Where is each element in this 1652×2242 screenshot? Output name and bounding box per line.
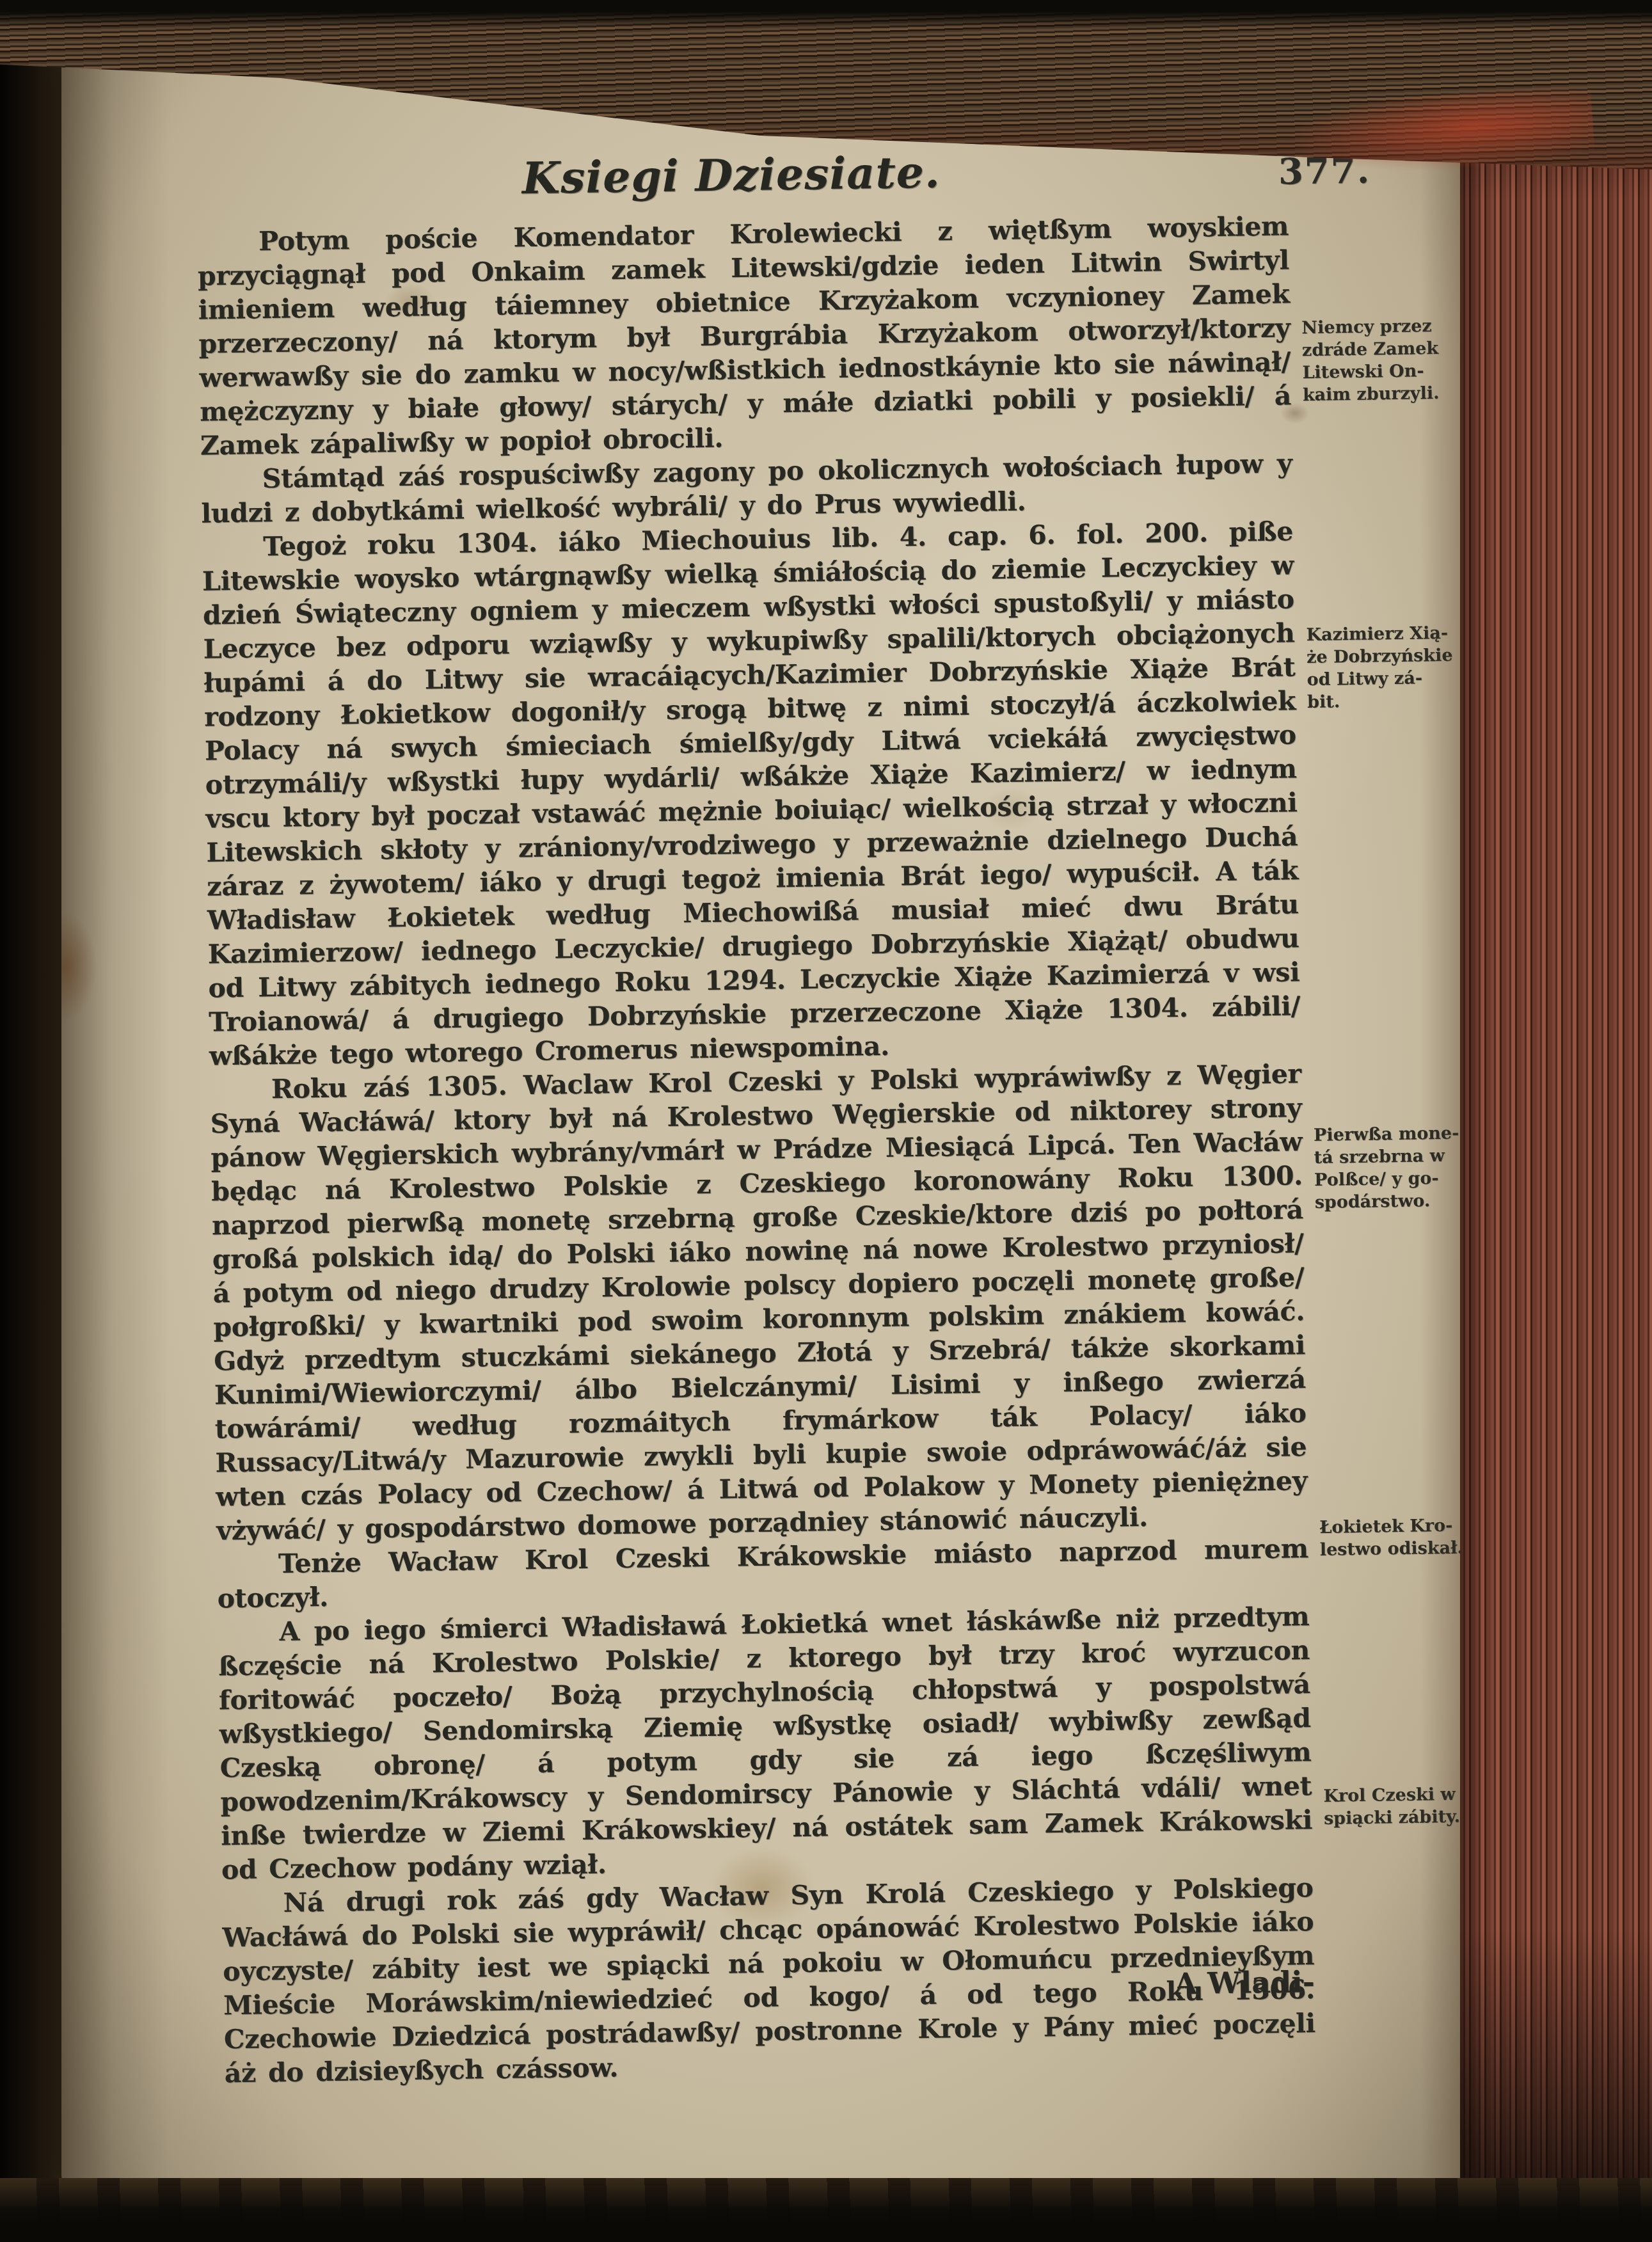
paragraph: Roku záś 1305. Waclaw Krol Czeski y Pols… bbox=[210, 1057, 1308, 1548]
margin-note-line: że Dobrzyńskie bbox=[1307, 644, 1478, 669]
margin-note: Niemcy przez zdráde Zamek Litewski On- k… bbox=[1301, 314, 1474, 406]
paragraph: A po iego śmierci Władisławá Łokietká wn… bbox=[218, 1600, 1313, 1887]
margin-note-line: zdráde Zamek bbox=[1302, 337, 1473, 362]
page-content: Ksiegi Dziesiate. 377. Potym poście Kome… bbox=[58, 45, 1493, 2200]
running-head-title: Ksiegi Dziesiate. bbox=[507, 147, 955, 204]
margin-note-line: kaim zburzyli. bbox=[1303, 381, 1474, 406]
book-spine bbox=[0, 0, 61, 2242]
fore-edge-page-stack bbox=[1460, 0, 1652, 2242]
main-text-column: Potym poście Komendator Krolewiecki z wi… bbox=[197, 209, 1316, 2090]
margin-note-line: bit. bbox=[1307, 688, 1479, 713]
book-page: Ksiegi Dziesiate. 377. Potym poście Kome… bbox=[61, 55, 1465, 2190]
margin-note: Kazimierz Xią- że Dobrzyńskie od Litwy z… bbox=[1306, 621, 1479, 713]
paragraph: Tegoż roku 1304. iáko Miechouius lib. 4.… bbox=[202, 514, 1301, 1073]
margin-note-line: Kazimierz Xią- bbox=[1306, 621, 1477, 646]
catchword: A Wladi- bbox=[1033, 1964, 1315, 2003]
margin-note-line: Niemcy przez bbox=[1301, 314, 1473, 339]
margin-note-line: od Litwy zá- bbox=[1307, 666, 1478, 691]
paragraph: Potym poście Komendator Krolewiecki z wi… bbox=[197, 209, 1292, 463]
margin-note-line: Litewski On- bbox=[1302, 359, 1473, 384]
book-photo: Ksiegi Dziesiate. 377. Potym poście Kome… bbox=[0, 0, 1652, 2242]
bottom-edge-shadow bbox=[0, 2178, 1652, 2242]
